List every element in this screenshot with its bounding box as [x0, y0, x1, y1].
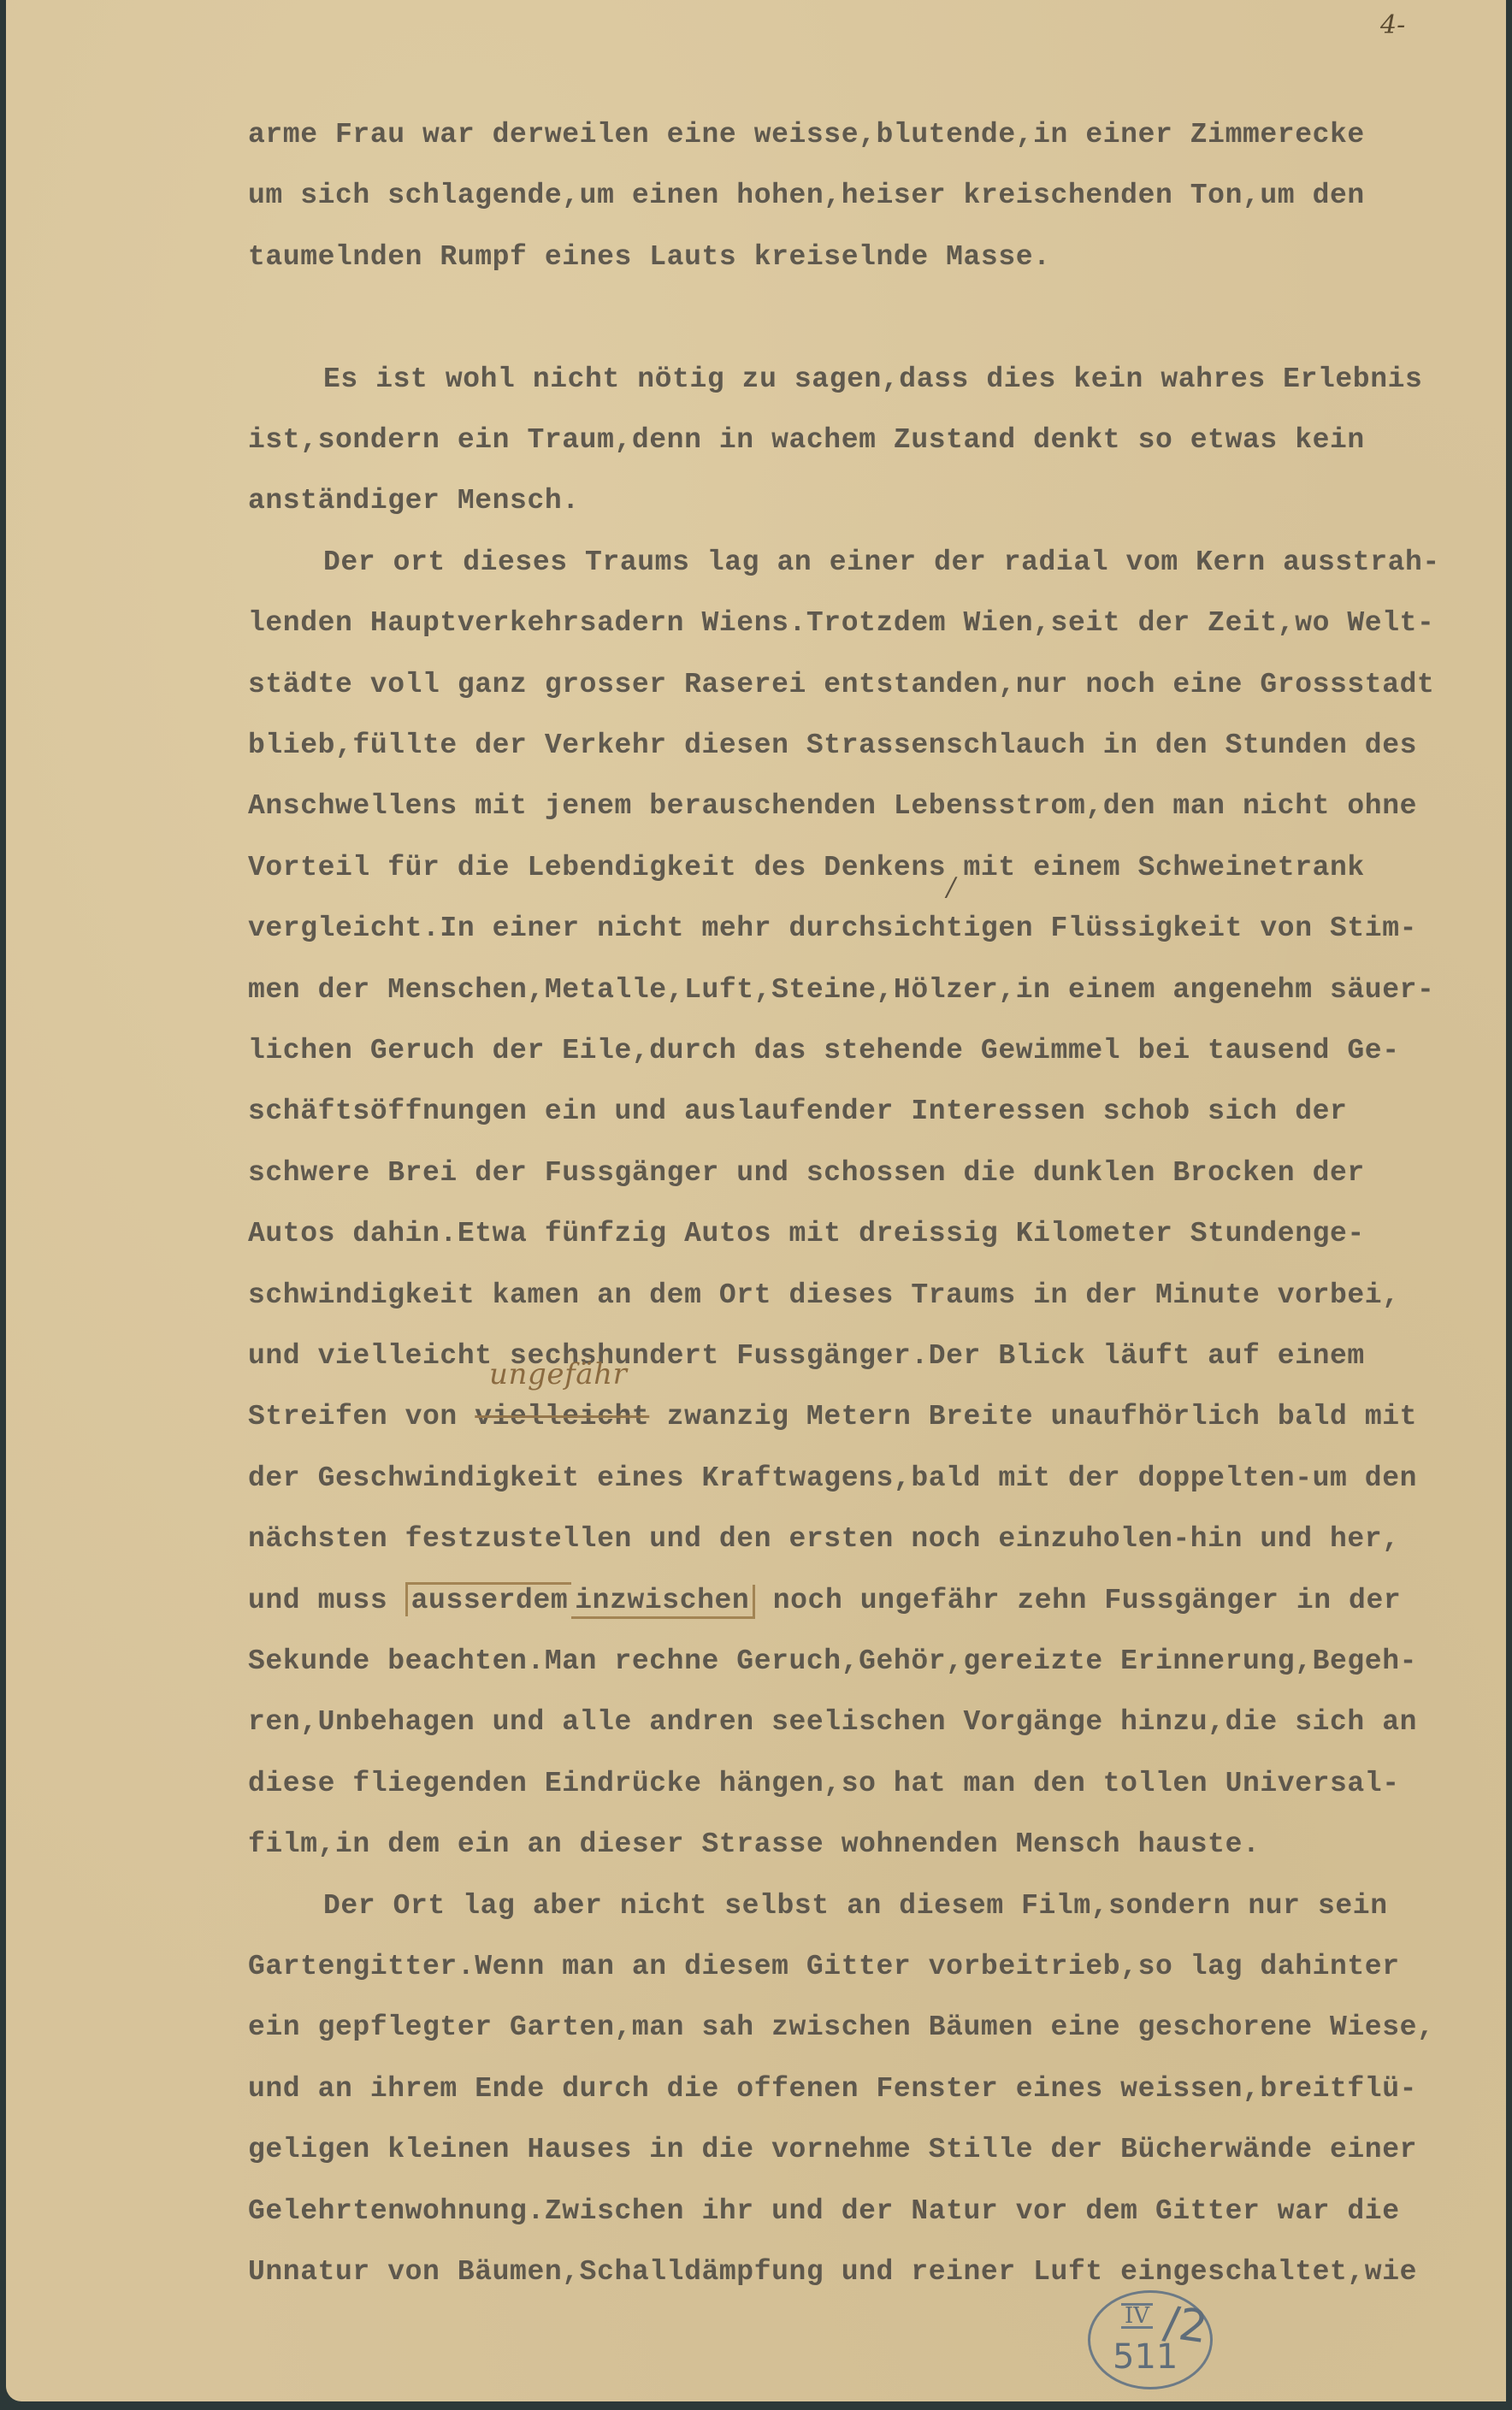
text-line: Gelehrtenwohnung.Zwischen ihr und der Na… — [248, 2194, 1400, 2229]
text-line: ein gepflegter Garten,man sah zwischen B… — [248, 2011, 1434, 2045]
text-line: film,in dem ein an dieser Strasse wohnen… — [248, 1828, 1260, 1862]
text-line: Vorteil für die Lebendigkeit des Denkens… — [248, 851, 1365, 885]
text-line: städte voll ganz grosser Raserei entstan… — [248, 668, 1434, 702]
text-line: schwindigkeit kamen an dem Ort dieses Tr… — [248, 1279, 1400, 1313]
transposition-box-1: ausserdem — [405, 1582, 572, 1616]
text-line: lenden Hauptverkehrsadern Wiens.Trotzdem… — [248, 606, 1434, 641]
text-line: Anschwellens mit jenem berauschenden Leb… — [248, 789, 1417, 824]
text-line: blieb,füllte der Verkehr diesen Strassen… — [248, 729, 1417, 763]
text-line: und an ihrem Ende durch die offenen Fens… — [248, 2072, 1417, 2106]
text-line: ist,sondern ein Traum,denn in wachem Zus… — [248, 423, 1365, 458]
text-line: Der ort dieses Traums lag an einer der r… — [323, 546, 1440, 580]
text-line: ren,Unbehagen und alle andren seelischen… — [248, 1705, 1417, 1740]
transposition-box-2: inzwischen — [571, 1585, 755, 1619]
text-line: um sich schlagende,um einen hohen,heiser… — [248, 179, 1365, 213]
text-line: Gartengitter.Wenn man an diesem Gitter v… — [248, 1950, 1400, 1984]
archive-stamp: IV /2 511 — [1088, 2290, 1213, 2389]
document-page: 4- arme Frau war derweilen eine weisse,b… — [6, 0, 1506, 2401]
stamp-bottom: 511 — [1113, 2337, 1178, 2377]
text-line: anständiger Mensch. — [248, 484, 580, 518]
struck-word: vielleicht — [475, 1401, 649, 1432]
text-line: Autos dahin.Etwa fünfzig Autos mit dreis… — [248, 1217, 1365, 1251]
text-line: men der Menschen,Metalle,Luft,Steine,Höl… — [248, 973, 1434, 1007]
text-line: vergleicht.In einer nicht mehr durchsich… — [248, 912, 1417, 946]
text-line: schwere Brei der Fussgänger und schossen… — [248, 1156, 1365, 1190]
text-line: schäftsöffnungen ein und auslaufender In… — [248, 1095, 1347, 1129]
text-line: und muss ausserdeminzwischen noch ungefä… — [248, 1584, 1401, 1618]
text-line: taumelnden Rumpf eines Lauts kreiselnde … — [248, 240, 1051, 275]
text-line: nächsten festzustellen und den ersten no… — [248, 1522, 1400, 1556]
text-line: lichen Geruch der Eile,durch das stehend… — [248, 1034, 1400, 1068]
text-line: geligen kleinen Hauses in die vornehme S… — [248, 2133, 1417, 2167]
text-line: Es ist wohl nicht nötig zu sagen,dass di… — [323, 363, 1422, 397]
handwritten-insertion: ungefähr — [489, 1357, 628, 1391]
handwritten-margin-mark: / — [947, 872, 955, 902]
stamp-top: IV — [1121, 2303, 1153, 2329]
page-number: 4- — [1380, 10, 1405, 40]
text-line: und vielleicht sechshundert Fussgänger.D… — [248, 1339, 1365, 1373]
text-line: Unnatur von Bäumen,Schalldämpfung und re… — [248, 2255, 1417, 2289]
text-line: Streifen von vielleicht zwanzig Metern B… — [248, 1400, 1417, 1434]
text-line: Sekunde beachten.Man rechne Geruch,Gehör… — [248, 1645, 1417, 1679]
text-line: arme Frau war derweilen eine weisse,blut… — [248, 118, 1365, 152]
text-line: Der Ort lag aber nicht selbst an diesem … — [323, 1889, 1388, 1923]
text-line: der Geschwindigkeit eines Kraftwagens,ba… — [248, 1462, 1417, 1496]
text-line: diese fliegenden Eindrücke hängen,so hat… — [248, 1767, 1400, 1801]
